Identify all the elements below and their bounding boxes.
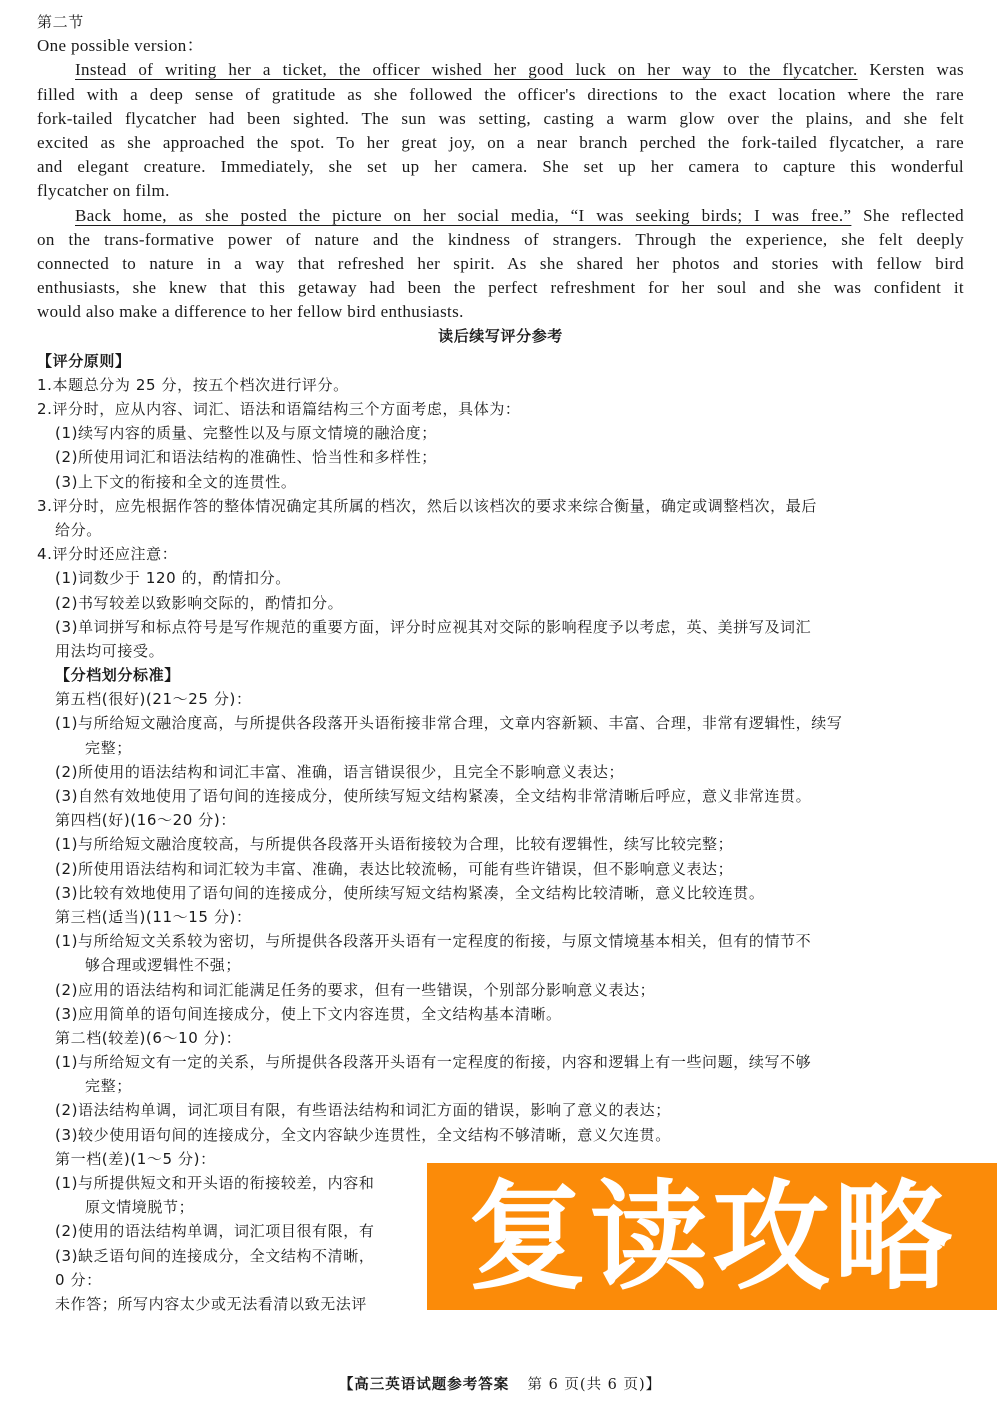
principle-line: (1)词数少于 120 的，酌情扣分。 (37, 566, 964, 590)
principle-line: 用法均可接受。 (37, 639, 964, 663)
principle-line: 3.评分时，应先根据作答的整体情况确定其所属的档次，然后以该档次的要求来综合衡量… (37, 494, 964, 518)
grade-item: (1)与所给短文融洽度高，与所提供各段落开头语衔接非常合理，文章内容新颖、丰富、… (37, 711, 964, 735)
grade-title: 第五档(很好)(21～25 分)： (37, 687, 964, 711)
grade-title: 第四档(好)(16～20 分)： (37, 808, 964, 832)
given-opening-sentence-2: Back home, as she posted the picture on … (75, 206, 851, 225)
watermark-banner: 复读攻略 (427, 1163, 997, 1310)
footer-label: 【高三英语试题参考答案 (339, 1377, 510, 1393)
essay-line: filled with a deep sense of gratitude as… (37, 83, 964, 107)
version-label: One possible version： (37, 34, 964, 58)
grade-item: (2)应用的语法结构和词汇能满足任务的要求，但有一些错误，个别部分影响意义表达； (37, 978, 964, 1002)
grade-item: 完整； (37, 736, 964, 760)
page-number: 第 6 页(共 6 页)】 (527, 1377, 661, 1393)
essay-paragraph-1: Instead of writing her a ticket, the off… (37, 58, 964, 203)
grade-item: (2)语法结构单调，词汇项目有限，有些语法结构和词汇方面的错误，影响了意义的表达… (37, 1098, 964, 1122)
watermark-text: 复读攻略 (468, 1178, 956, 1296)
scoring-principles: 【评分原则】 1.本题总分为 25 分，按五个档次进行评分。 2.评分时，应从内… (37, 349, 964, 663)
grade-item: (1)与所给短文有一定的关系，与所提供各段落开头语有一定程度的衔接，内容和逻辑上… (37, 1050, 964, 1074)
rubric-title: 读后续写评分参考 (37, 324, 964, 348)
grade-item: (3)应用简单的语句间连接成分，使上下文内容连贯，全文结构基本清晰。 (37, 1002, 964, 1026)
essay-line: on the trans-formative power of nature a… (37, 228, 964, 252)
grade-item: (3)比较有效地使用了语句间的连接成分，使所续写短文结构紧凑，全文结构比较清晰，… (37, 881, 964, 905)
grade-item: (2)所使用语法结构和词汇较为丰富、准确，表达比较流畅，可能有些许错误，但不影响… (37, 857, 964, 881)
principle-line: 4.评分时还应注意： (37, 542, 964, 566)
grade-item: (1)与所给短文融洽度较高，与所提供各段落开头语衔接较为合理，比较有逻辑性，续写… (37, 832, 964, 856)
grade-item: 够合理或逻辑性不强； (37, 953, 964, 977)
essay-line: would also make a difference to her fell… (37, 300, 964, 324)
grade-title: 第三档(适当)(11～15 分)： (37, 905, 964, 929)
grade-title: 第二档(较差)(6～10 分)： (37, 1026, 964, 1050)
page-footer: 【高三英语试题参考答案 第 6 页(共 6 页)】 (0, 1373, 1000, 1394)
grade-level-4: 第四档(好)(16～20 分)： (1)与所给短文融洽度较高，与所提供各段落开头… (37, 808, 964, 905)
essay-line: enthusiasts, she knew that this getaway … (37, 276, 964, 300)
essay-line: excited as she approached the spot. To h… (37, 131, 964, 155)
grade-item: (3)较少使用语句间的连接成分，全文内容缺少连贯性，全文结构不够清晰，意义欠连贯… (37, 1123, 964, 1147)
principle-line: (3)单词拼写和标点符号是写作规范的重要方面，评分时应视其对交际的影响程度予以考… (37, 615, 964, 639)
given-opening-sentence-1: Instead of writing her a ticket, the off… (75, 60, 858, 79)
principles-heading: 【评分原则】 (37, 349, 964, 373)
principle-line: 1.本题总分为 25 分，按五个档次进行评分。 (37, 373, 964, 397)
principle-line: 给分。 (37, 518, 964, 542)
essay-line: connected to nature in a way that refres… (37, 252, 964, 276)
principle-line: 2.评分时，应从内容、词汇、语法和语篇结构三个方面考虑，具体为： (37, 397, 964, 421)
principle-line: (2)所使用词汇和语法结构的准确性、恰当性和多样性； (37, 445, 964, 469)
grade-level-5: 第五档(很好)(21～25 分)： (1)与所给短文融洽度高，与所提供各段落开头… (37, 687, 964, 808)
grade-item: 完整； (37, 1074, 964, 1098)
essay-line: and elegant creature. Immediately, she s… (37, 155, 964, 179)
principle-line: (2)书写较差以致影响交际的，酌情扣分。 (37, 591, 964, 615)
grade-level-2: 第二档(较差)(6～10 分)： (1)与所给短文有一定的关系，与所提供各段落开… (37, 1026, 964, 1147)
grade-item: (3)自然有效地使用了语句间的连接成分，使所续写短文结构紧凑，全文结构非常清晰后… (37, 784, 964, 808)
grades-heading: 【分档划分标准】 (37, 663, 964, 687)
principle-line: (3)上下文的衔接和全文的连贯性。 (37, 470, 964, 494)
essay-paragraph-2: Back home, as she posted the picture on … (37, 204, 964, 325)
essay-line: fork-tailed flycatcher had been sighted.… (37, 107, 964, 131)
principle-line: (1)续写内容的质量、完整性以及与原文情境的融洽度； (37, 421, 964, 445)
document-page: 第二节 One possible version： Instead of wri… (37, 10, 964, 1316)
section-title: 第二节 (37, 10, 964, 34)
grade-item: (2)所使用的语法结构和词汇丰富、准确，语言错误很少，且完全不影响意义表达； (37, 760, 964, 784)
essay-line: flycatcher on film. (37, 179, 964, 203)
grade-level-3: 第三档(适当)(11～15 分)： (1)与所给短文关系较为密切，与所提供各段落… (37, 905, 964, 1026)
grade-item: (1)与所给短文关系较为密切，与所提供各段落开头语有一定程度的衔接，与原文情境基… (37, 929, 964, 953)
